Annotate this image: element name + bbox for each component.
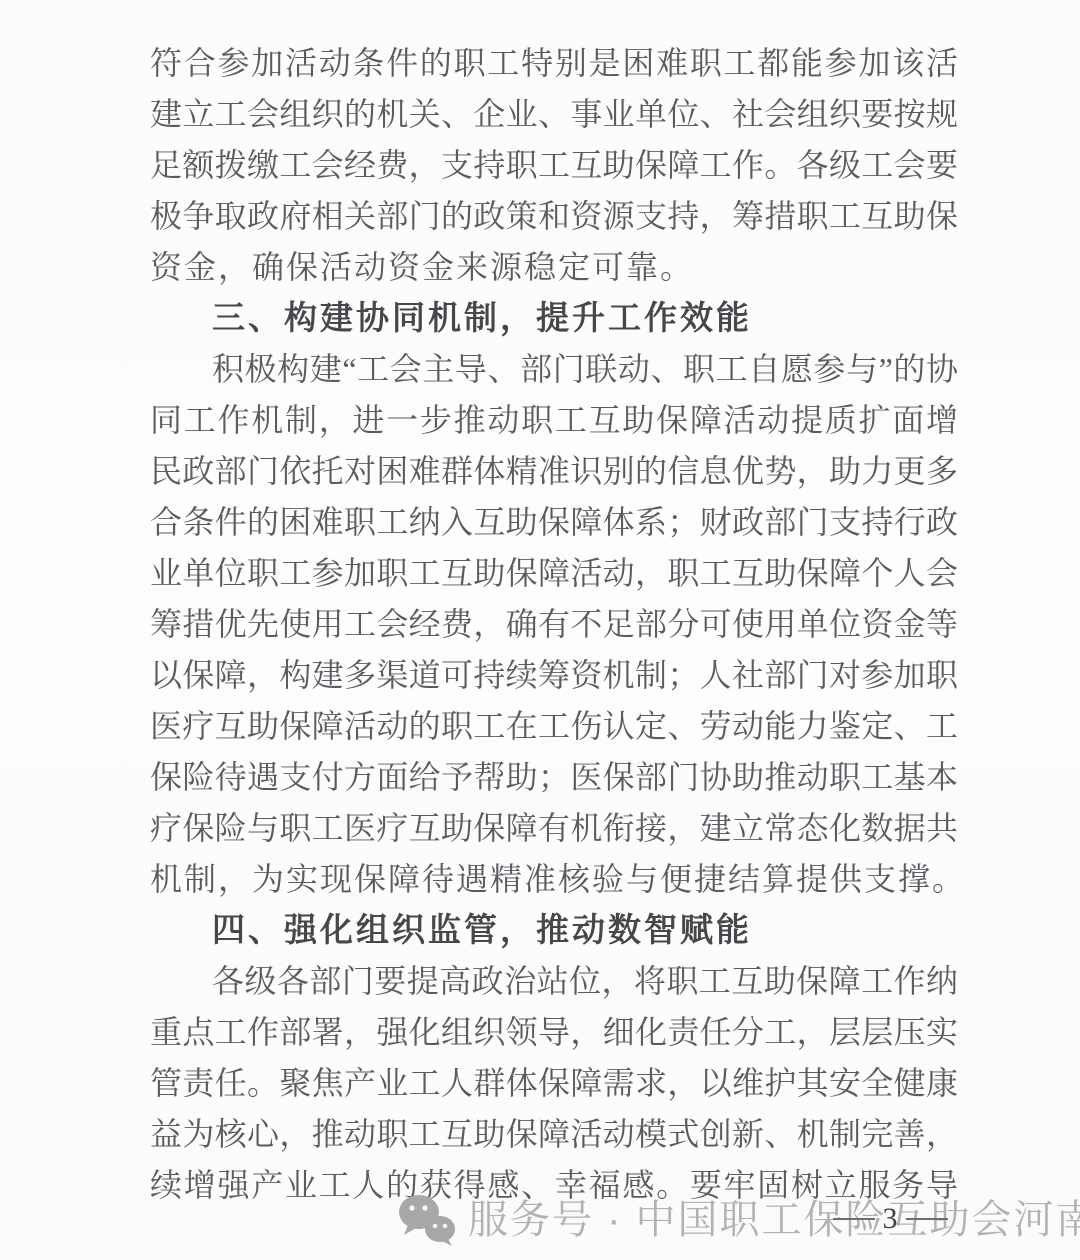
text-line: 符合参加活动条件的职工特别是困难职工都能参加该活动。 [150,40,958,91]
scanned-document-page: 符合参加活动条件的职工特别是困难职工都能参加该活动。 建立工会组织的机关、企业、… [0,0,1080,1260]
text-line: 民政部门依托对困难群体精准识别的信息优势，助力更多符 [150,448,958,499]
text-line: 以保障，构建多渠道可持续筹资机制；人社部门对参加职工 [150,652,958,703]
page-footer: 服务号 · 中国职工保险互助会河南省办事处 3 [0,1190,1080,1260]
text-line: 疗保险与职工医疗互助保障有机衔接，建立常态化数据共享 [150,805,958,856]
page-number-dash [906,1218,948,1220]
text-line: 管责任。聚焦产业工人群体保障需求，以维护其安全健康权 [150,1060,958,1111]
text-line: 机制，为实现保障待遇精准核验与便捷结算提供支撑。 [150,856,958,907]
text-line: 业单位职工参加职工互助保障活动，职工互助保障个人会费 [150,550,958,601]
text-line: 同工作机制，进一步推动职工互助保障活动提质扩面增效。 [150,397,958,448]
text-line: 医疗互助保障活动的职工在工伤认定、劳动能力鉴定、工伤 [150,703,958,754]
text-line: 益为核心，推动职工互助保障活动模式创新、机制完善，持 [150,1111,958,1162]
text-line: 筹措优先使用工会经费，确有不足部分可使用单位资金等予 [150,601,958,652]
text-line: 资金，确保活动资金来源稳定可靠。 [150,244,958,295]
page-number: 3 [800,1204,980,1234]
wechat-icon [398,1193,456,1247]
section-heading-4: 四、强化组织监管，推动数智赋能 [150,907,958,958]
text-line: 足额拨缴工会经费，支持职工互助保障工作。各级工会要积 [150,142,958,193]
text-line: 建立工会组织的机关、企业、事业单位、社会组织要按规定 [150,91,958,142]
text-line: 保险待遇支付方面给予帮助；医保部门协助推动职工基本医 [150,754,958,805]
text-line: 各级各部门要提高政治站位，将职工互助保障工作纳入 [150,958,958,1009]
text-line: 重点工作部署，强化组织领导，细化责任分工，层层压实监 [150,1009,958,1060]
page-number-dash [833,1218,875,1220]
text-line: 合条件的困难职工纳入互助保障体系；财政部门支持行政事 [150,499,958,550]
section-heading-3: 三、构建协同机制，提升工作效能 [150,295,958,346]
document-text-column: 符合参加活动条件的职工特别是困难职工都能参加该活动。 建立工会组织的机关、企业、… [150,40,958,1213]
page-number-value: 3 [883,1204,898,1234]
watermark-label: 服务号 · 中国职工保险互助会河南省办事处 [468,1190,1080,1250]
text-line: 极争取政府相关部门的政策和资源支持，筹措职工互助保障 [150,193,958,244]
text-line: 积极构建“工会主导、部门联动、职工自愿参与”的协 [150,346,958,397]
